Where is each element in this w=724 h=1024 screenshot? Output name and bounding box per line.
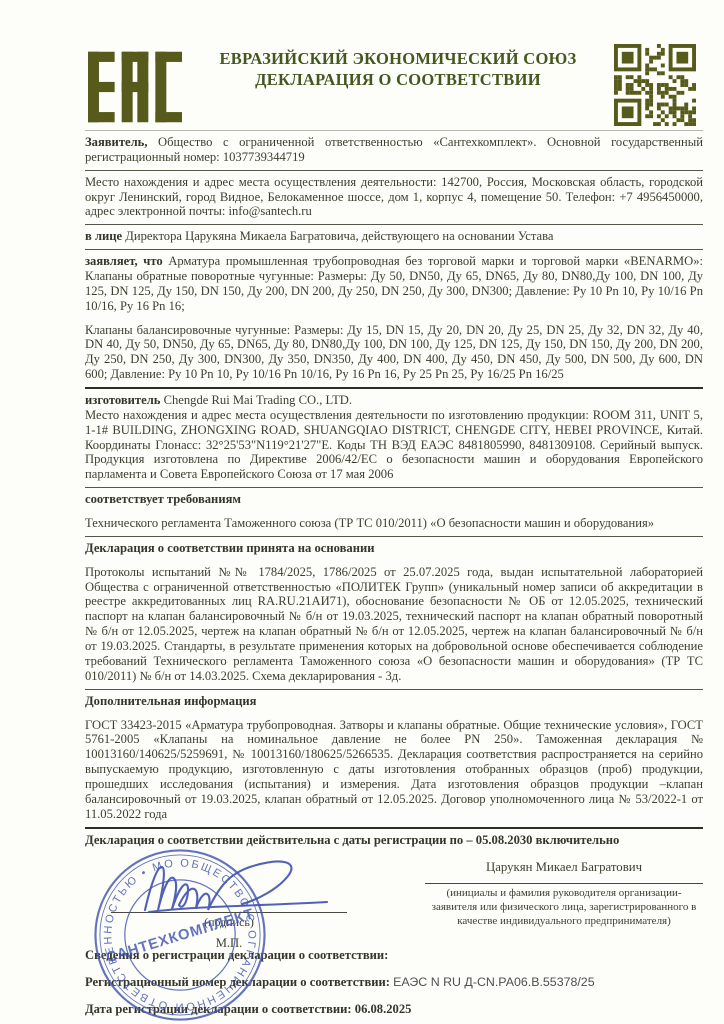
compliance-row: соответствует требованиям Технического р…	[85, 487, 703, 536]
registration-number-line: Регистрационный номер декларации о соотв…	[85, 975, 703, 990]
applicant-paragraph: Заявитель, Общество с ограниченной ответ…	[85, 135, 703, 165]
document-header: ЕВРАЗИЙСКИЙ ЭКОНОМИЧЕСКИЙ СОЮЗ ДЕКЛАРАЦИ…	[88, 44, 696, 126]
registration-date-value: 06.08.2025	[355, 1002, 412, 1016]
title-line-1: ЕВРАЗИЙСКИЙ ЭКОНОМИЧЕСКИЙ СОЮЗ	[190, 48, 606, 69]
signature-area: (подпись) М.П. ОБЩЕСТВО С ОГРАНИЧЕННОЙ О…	[85, 852, 703, 948]
head-signature-block: Царукян Микаел Багратович (инициалы и фа…	[425, 860, 703, 928]
eac-mark-icon	[88, 50, 182, 124]
applicant-row: Заявитель, Общество с ограниченной ответ…	[85, 130, 703, 170]
product-row: заявляет, что Арматура промышленная труб…	[85, 249, 703, 387]
manufacturer-label: изготовитель	[85, 393, 160, 407]
additional-info-row: Дополнительная информация ГОСТ 33423-201…	[85, 689, 703, 827]
manufacturer-name-line: изготовитель Chengde Rui Mai Trading CO.…	[85, 393, 703, 408]
additional-header: Дополнительная информация	[85, 694, 703, 709]
applicant-person: в лице Директора Царукяна Микаела Баграт…	[85, 229, 703, 244]
basis-row: Декларация о соответствии принята на осн…	[85, 536, 703, 689]
registration-date-label: Дата регистрации декларации о соответств…	[85, 1002, 352, 1016]
handwritten-signature	[137, 854, 347, 918]
validity-row: Декларация о соответствии действительна …	[85, 827, 703, 853]
declaration-document: ЕВРАЗИЙСКИЙ ЭКОНОМИЧЕСКИЙ СОЮЗ ДЕКЛАРАЦИ…	[0, 0, 724, 1024]
applicant-person-row: в лице Директора Царукяна Микаела Баграт…	[85, 224, 703, 249]
declaration-body: Заявитель, Общество с ограниченной ответ…	[85, 130, 703, 1024]
declares-label: заявляет, что	[85, 254, 163, 268]
product-paragraph-2: Клапаны балансировочные чугунные: Размер…	[85, 323, 703, 382]
basis-header: Декларация о соответствии принята на осн…	[85, 541, 703, 556]
applicant-label: Заявитель,	[85, 135, 147, 149]
head-caption: (инициалы и фамилия руководителя организ…	[425, 884, 703, 928]
applicant-address-row: Место нахождения и адрес места осуществл…	[85, 170, 703, 225]
applicant-text: Общество с ограниченной ответственностью…	[85, 135, 703, 164]
compliance-text: Технического регламента Таможенного союз…	[85, 516, 703, 531]
title-line-2: ДЕКЛАРАЦИЯ О СООТВЕТСТВИИ	[190, 69, 606, 90]
person-label: в лице	[85, 229, 122, 243]
registration-number-label: Регистрационный номер декларации о соотв…	[85, 975, 390, 989]
basis-text: Протоколы испытаний №№ 1784/2025, 1786/2…	[85, 565, 703, 684]
manufacturer-row: изготовитель Chengde Rui Mai Trading CO.…	[85, 387, 703, 487]
manufacturer-details: Место нахождения и адрес места осуществл…	[85, 408, 703, 482]
head-name: Царукян Микаел Багратович	[425, 860, 703, 884]
qr-code-icon	[614, 44, 696, 126]
registration-date-line: Дата регистрации декларации о соответств…	[85, 1002, 703, 1017]
compliance-header: соответствует требованиям	[85, 492, 703, 507]
seal-place-label: М.П.	[111, 936, 347, 951]
additional-text: ГОСТ 33423-2015 «Арматура трубопроводная…	[85, 718, 703, 822]
validity-text: Декларация о соответствии действительна …	[85, 833, 703, 848]
applicant-address: Место нахождения и адрес места осуществл…	[85, 175, 703, 220]
document-title: ЕВРАЗИЙСКИЙ ЭКОНОМИЧЕСКИЙ СОЮЗ ДЕКЛАРАЦИ…	[182, 44, 614, 91]
registration-number-value: ЕАЭС N RU Д-CN.РА06.В.55378/25	[393, 975, 594, 989]
product-text-1: Арматура промышленная трубопроводная без…	[85, 254, 703, 313]
registration-section: Сведения о регистрации декларации о соот…	[85, 948, 703, 1017]
person-text: Директора Царукяна Микаела Багратовича, …	[125, 229, 553, 243]
product-paragraph-1: заявляет, что Арматура промышленная труб…	[85, 254, 703, 313]
manufacturer-name: Chengde Rui Mai Trading CO., LTD.	[164, 393, 352, 407]
